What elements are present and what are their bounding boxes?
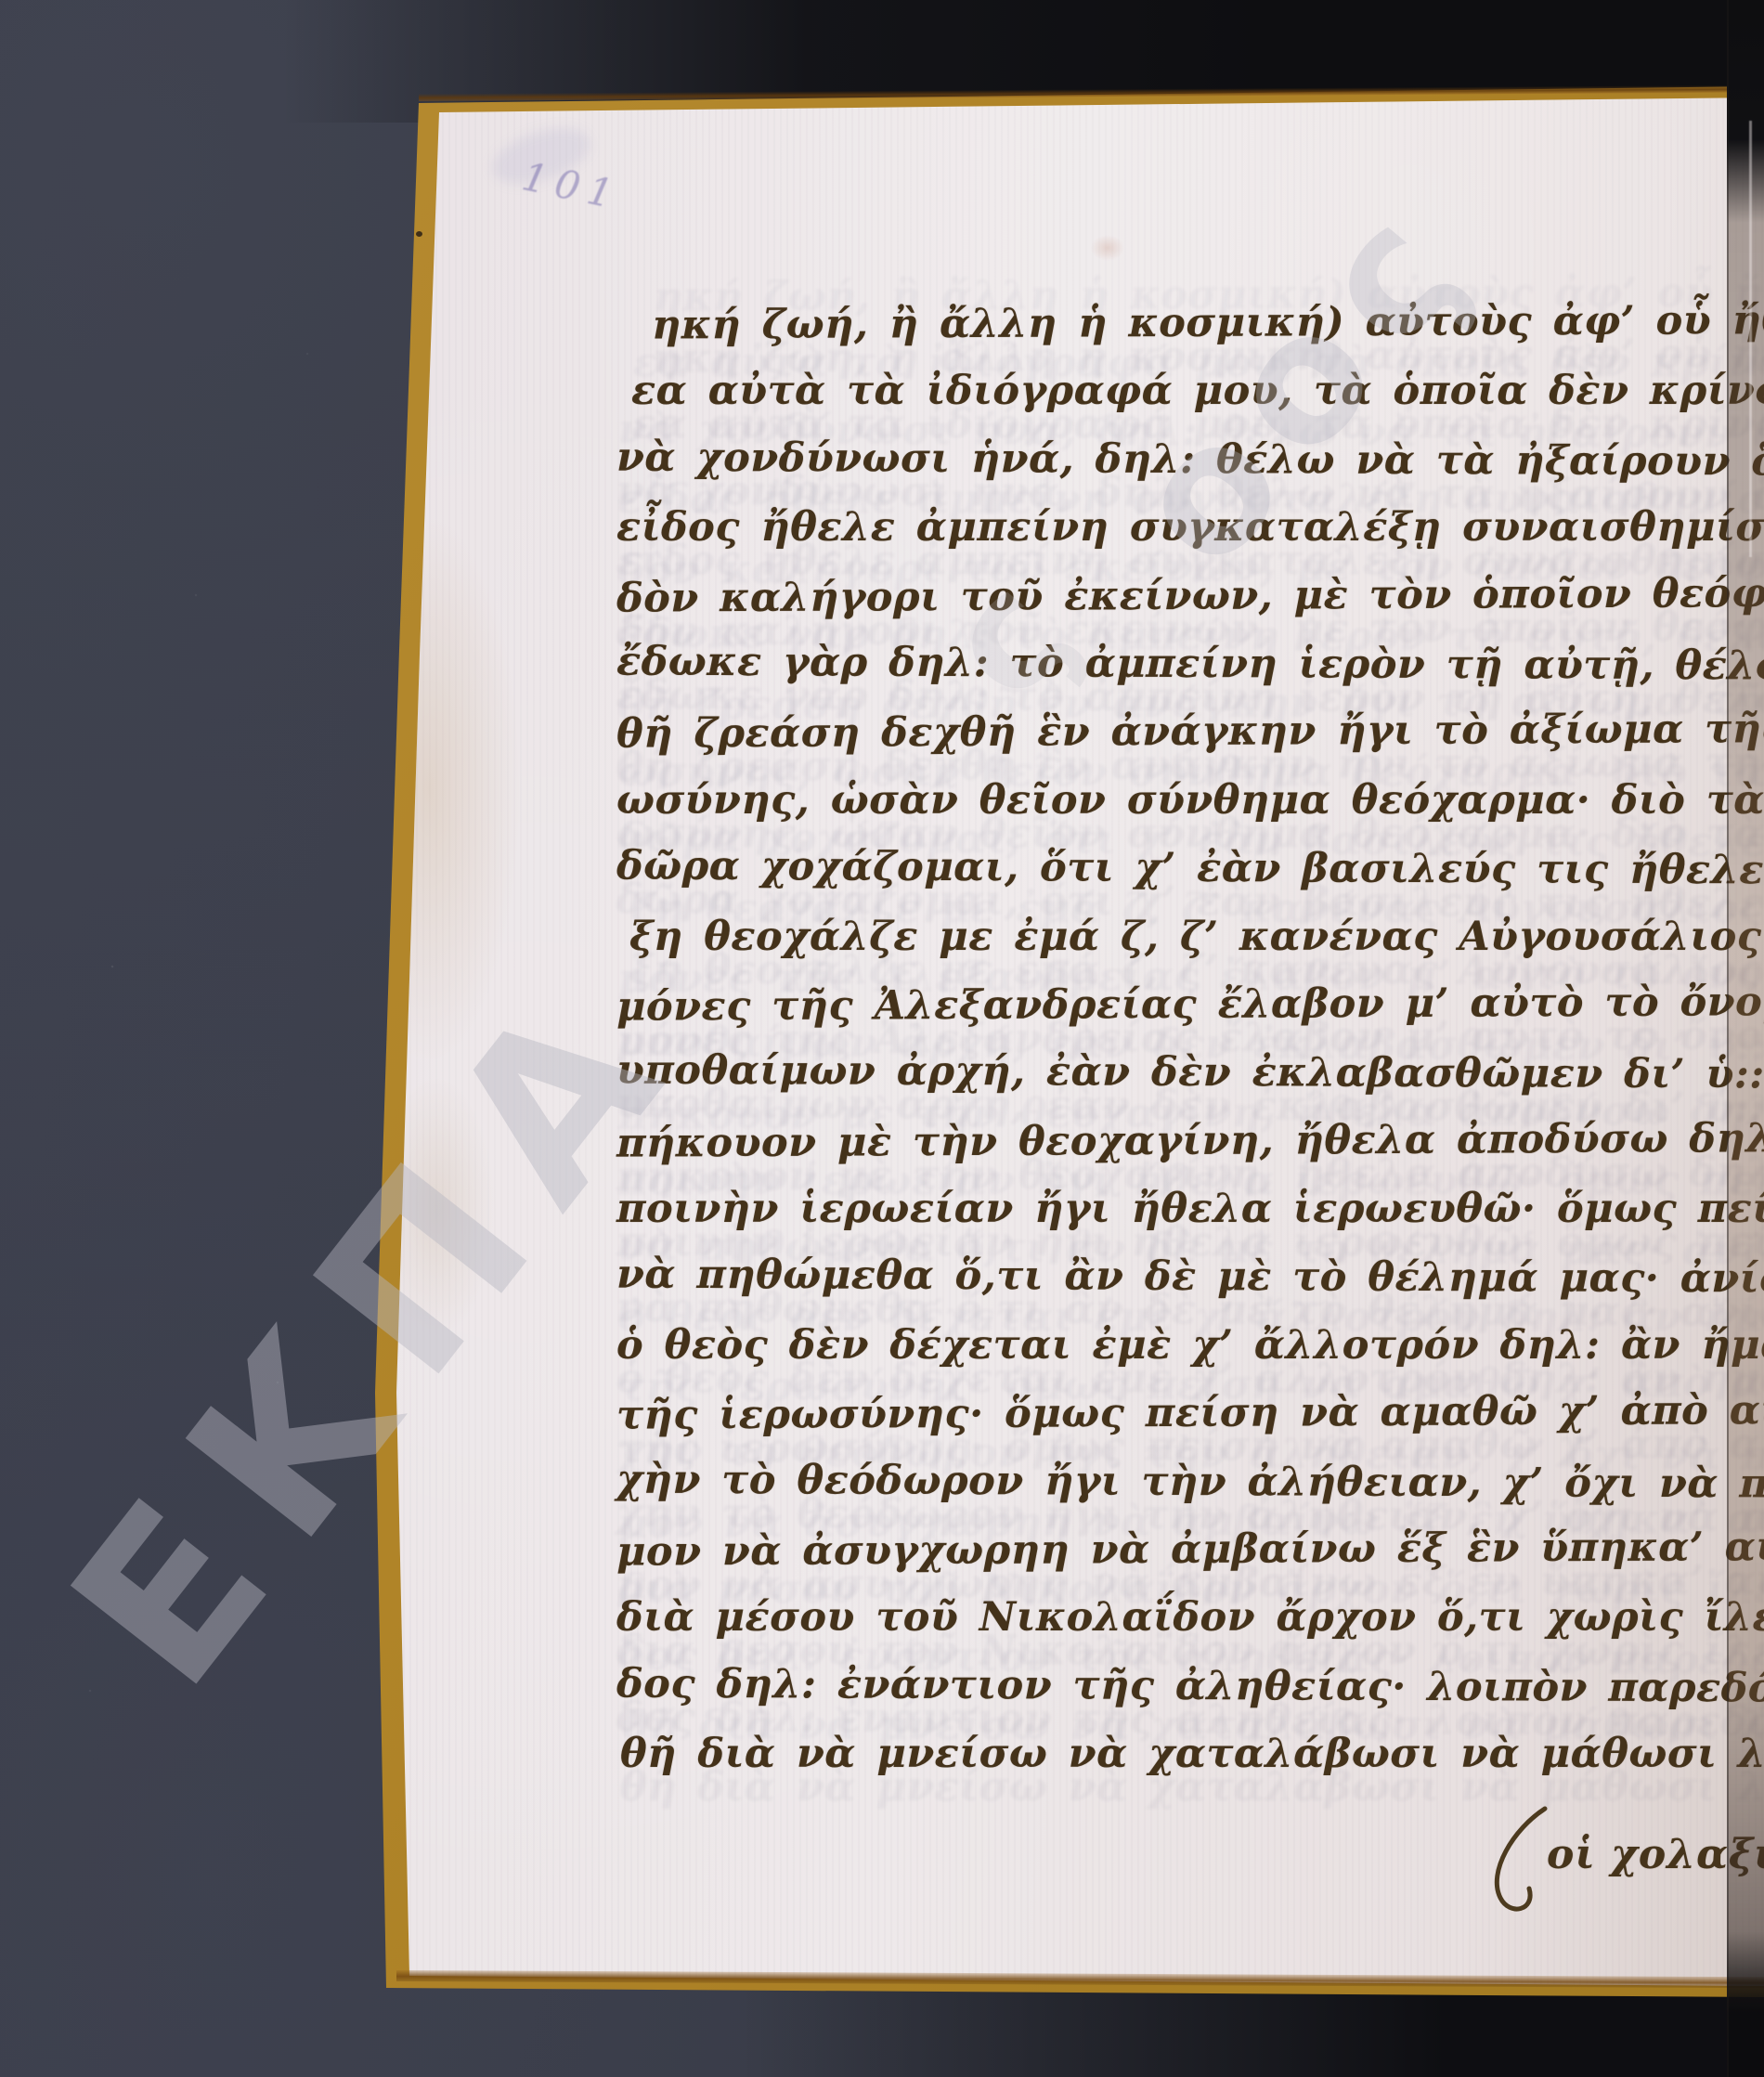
manuscript-line: υποθαίμων ἀρχή, ἐὰν δὲν ἐκλαβασθῶμεν δι’… — [616, 1037, 1749, 1110]
manuscript-line: δὸν καλήγορι τοῦ ἐκείνων, μὲ τὸν ὁποῖον … — [616, 560, 1749, 633]
manuscript-line: θῆ ζρεάση δεχθῆ ἓν ἀνάγκην ἤγι τὸ ἀξίωμα… — [616, 696, 1749, 770]
binding-gutter — [1727, 0, 1764, 2077]
edge-speck — [416, 231, 422, 237]
manuscript-line: ἔδωκε γὰρ δηλ: τὸ ἀμπείνη ἱερὸν τῇ αὐτῇ,… — [616, 629, 1749, 701]
flourish-icon — [1478, 1805, 1550, 1920]
manuscript-line: νὰ χονδύνωσι ἡνά, δηλ: θέλω νὰ τὰ ἠξαίρο… — [616, 423, 1749, 496]
manuscript-line: διὰ μέσου τοῦ Νικολαΐδον ἄρχον ὅ,τι χωρὶ… — [616, 1584, 1749, 1652]
manuscript-line: ὁ θεὸς δὲν δέχεται ἐμὲ χ’ ἄλλοτρόν δηλ: … — [616, 1312, 1749, 1380]
pencil-folio-number: 101 — [518, 153, 625, 218]
dust-specks — [0, 0, 2, 2]
manuscript-line: θῆ διὰ νὰ μνείσω νὰ χαταλάβωσι νὰ μάθωσι… — [616, 1720, 1749, 1788]
manuscript-line: δος δηλ: ἐνάντιον τῆς ἀληθείας· λοιπὸν π… — [616, 1650, 1749, 1722]
manuscript-scan: 101 ηκή ζωή, ἢ ἄλλη ἡ κοσμική) αὐτοὺς ἀφ… — [0, 0, 1764, 2077]
manuscript-line: ηκή ζωή, ἢ ἄλλη ἡ κοσμική) αὐτοὺς ἀφ’ οὗ… — [616, 287, 1749, 360]
manuscript-line: νὰ πηθώμεθα ὅ,τι ἂν δὲ μὲ τὸ θέλημά μας·… — [616, 1241, 1749, 1314]
manuscript-line: πήκουον μὲ τὴν θεοχαγίνη, ἤθελα ἀποδύσω … — [616, 1105, 1749, 1178]
text-block: ηκή ζωή, ἢ ἄλλη ἡ κοσμική) αὐτοὺς ἀφ’ οὗ… — [616, 290, 1749, 1789]
manuscript-line: τῆς ἱερωσύνης· ὅμως πείση νὰ αμαθῶ χ’ ἀπ… — [616, 1378, 1749, 1451]
manuscript-line: εα αὐτὰ τὰ ἰδιόγραφά μου, τὰ ὁποῖα δὲν κ… — [616, 357, 1749, 425]
manuscript-line: δῶρα χοχάζομαι, ὅτι χ’ ἐὰν βασιλεύς τις … — [616, 833, 1749, 905]
manuscript-line: μόνες τῆς Ἀλεξανδρείας ἔλαβον μ’ αὐτὸ τὸ… — [616, 968, 1749, 1042]
manuscript-line: μον νὰ ἀσυγχωρηη νὰ ἀμβαίνω ἕξ ἓν ὕπηκα’… — [616, 1513, 1749, 1587]
page-paper: 101 ηκή ζωή, ἢ ἄλλη ἡ κοσμική) αὐτοὺς ἀφ… — [0, 0, 1764, 2077]
manuscript-line: ωσύνης, ὡσὰν θεῖον σύνθημα θεόχαρμα· διὸ… — [616, 767, 1749, 835]
manuscript-line: ποινὴν ἱερωείαν ἤγι ἤθελα ἱερωευθῶ· ὅμως… — [616, 1175, 1749, 1243]
gutter-highlight — [1749, 121, 1752, 557]
manuscript-line: εἶδος ἤθελε ἀμπείνη συγκαταλέξῃ συναισθη… — [616, 494, 1749, 562]
manuscript-line: χὴν τὸ θεόδωρον ἤγι τὴν ἀλήθειαν, χ’ ὄχι… — [616, 1446, 1749, 1518]
manuscript-line: ξη θεοχάλζε με ἐμά ζ, ζ’ κανένας Αὐγουσά… — [616, 903, 1749, 971]
catchword-row: οἱ χολαξι: — [1478, 1799, 1757, 1920]
